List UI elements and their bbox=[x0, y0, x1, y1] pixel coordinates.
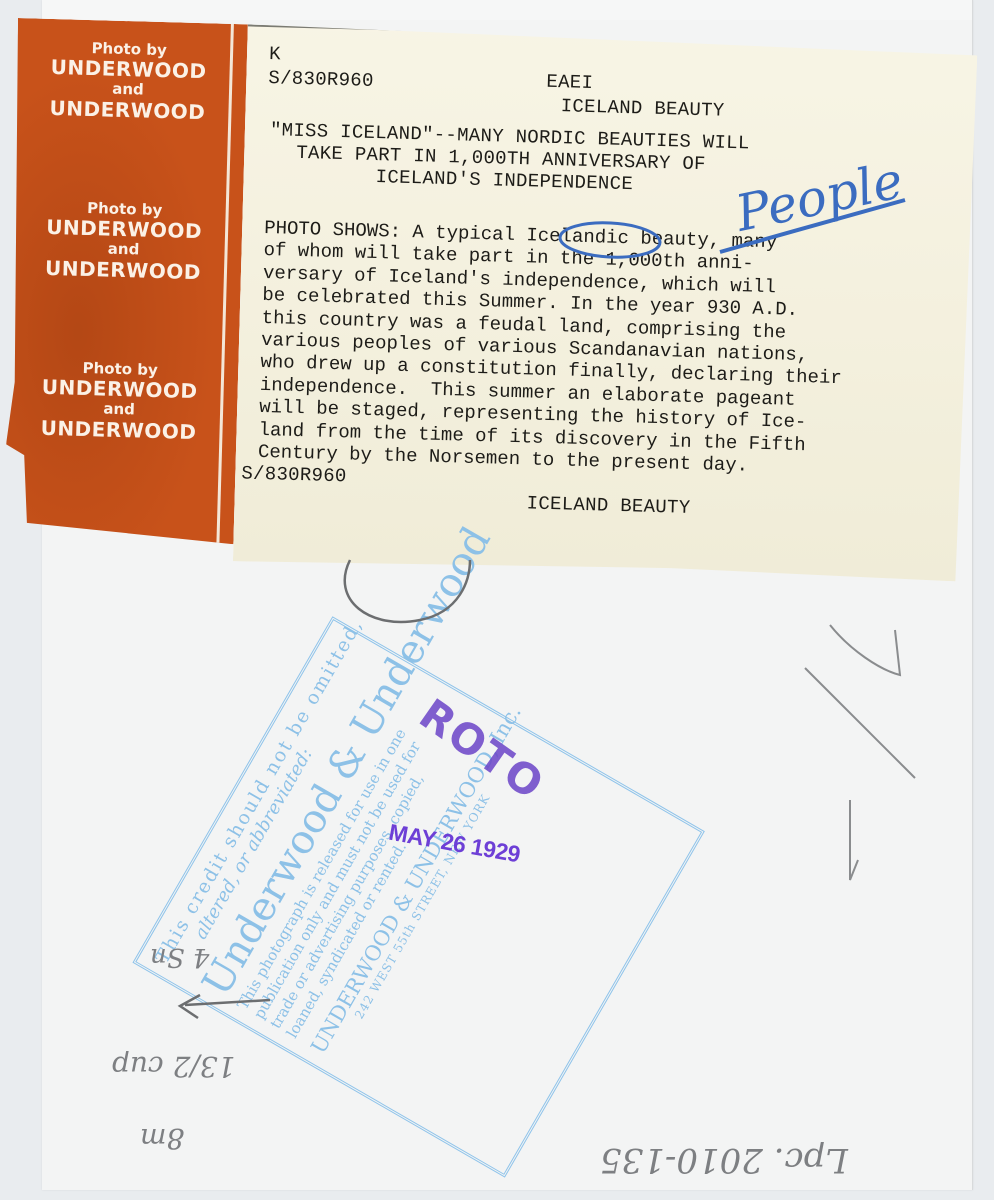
blue-circle-mark bbox=[559, 220, 661, 259]
handwriting-strokes bbox=[0, 0, 994, 1200]
blue-underline-mark bbox=[720, 200, 905, 252]
pencil-circle-mark bbox=[345, 560, 470, 622]
pencil-mark bbox=[850, 800, 858, 880]
pencil-mark bbox=[830, 625, 900, 675]
pencil-arrow-mark bbox=[180, 995, 270, 1018]
pencil-mark bbox=[805, 668, 915, 778]
